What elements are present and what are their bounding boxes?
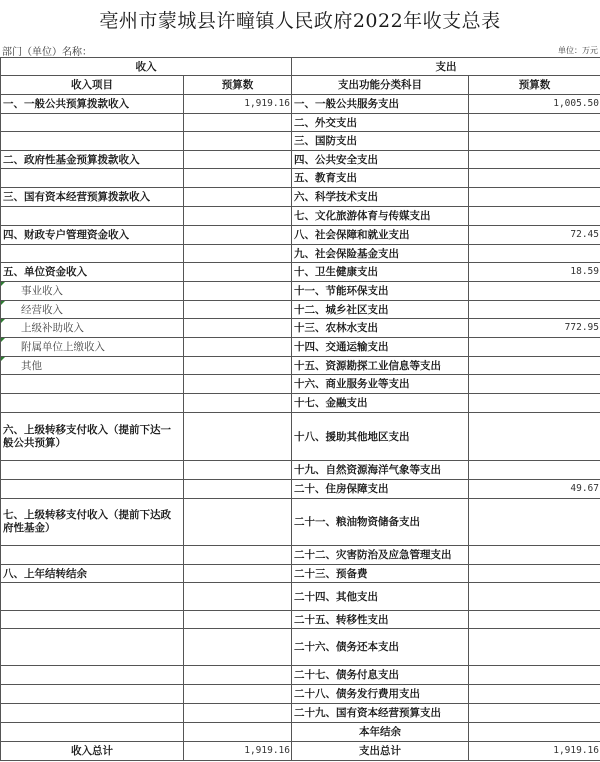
expense-value: [469, 338, 600, 357]
expense-item: 二十八、债务发行费用支出: [292, 685, 469, 704]
expense-item: 二十六、债务还本支出: [292, 629, 469, 666]
income-item: 一、一般公共预算拨款收入: [1, 95, 184, 114]
expense-budget-header: 预算数: [469, 76, 600, 95]
total-row: 收入总计 1,919.16 支出总计 1,919.16: [1, 742, 600, 761]
expense-total-value: 1,919.16: [469, 742, 600, 761]
table-row: 五、单位资金收入 十、卫生健康支出 18.59: [1, 263, 600, 282]
table-row: 上级补助收入 十三、农林水支出 772.95: [1, 319, 600, 338]
income-item: [1, 704, 184, 723]
income-item: [1, 461, 184, 480]
department-label: 部门（单位）名称：: [2, 43, 92, 58]
expense-value: [469, 704, 600, 723]
expense-item: 十、卫生健康支出: [292, 263, 469, 282]
income-value: [184, 319, 292, 338]
income-item: [1, 546, 184, 565]
income-item: [1, 666, 184, 685]
income-item: 六、上级转移支付收入（提前下达一般公共预算）: [1, 413, 184, 461]
income-value: [184, 114, 292, 132]
year-balance-label: 本年结余: [292, 723, 469, 742]
table-row: 二十、住房保障支出 49.67: [1, 480, 600, 499]
expense-item: 二十三、预备费: [292, 565, 469, 583]
expense-value: [469, 629, 600, 666]
income-item: [1, 207, 184, 226]
income-subitem: 附属单位上缴收入: [1, 338, 184, 357]
table-row: 二、政府性基金预算拨款收入 四、公共安全支出: [1, 151, 600, 169]
income-value: [184, 375, 292, 394]
expense-item: 二、外交支出: [292, 114, 469, 132]
income-value: [184, 226, 292, 245]
expense-value: [469, 245, 600, 263]
income-value: [184, 413, 292, 461]
expense-value: [469, 301, 600, 319]
table-row: 三、国有资本经营预算拨款收入 六、科学技术支出: [1, 188, 600, 207]
header-row-2: 收入项目 预算数 支出功能分类科目 预算数: [1, 76, 600, 95]
income-subitem: 其他: [1, 357, 184, 375]
income-item: 五、单位资金收入: [1, 263, 184, 282]
table-row: 二十四、其他支出: [1, 583, 600, 611]
expense-item: 四、公共安全支出: [292, 151, 469, 169]
expense-item: 七、文化旅游体育与传媒支出: [292, 207, 469, 226]
income-value: [184, 565, 292, 583]
expense-value: [469, 132, 600, 151]
income-item: [1, 723, 184, 742]
expense-item: 二十一、粮油物资储备支出: [292, 499, 469, 546]
table-row: 二十七、债务付息支出: [1, 666, 600, 685]
table-row: 一、一般公共预算拨款收入 1,919.16 一、一般公共服务支出 1,005.5…: [1, 95, 600, 114]
expense-value: [469, 666, 600, 685]
expense-item: 十三、农林水支出: [292, 319, 469, 338]
income-item: [1, 169, 184, 188]
expense-value: [469, 169, 600, 188]
income-item: [1, 375, 184, 394]
income-value: [184, 629, 292, 666]
expense-total-label: 支出总计: [292, 742, 469, 761]
expense-item: 十八、援助其他地区支出: [292, 413, 469, 461]
table-row: 七、文化旅游体育与传媒支出: [1, 207, 600, 226]
income-value: [184, 301, 292, 319]
table-row: 十九、自然资源海洋气象等支出: [1, 461, 600, 480]
income-value: [184, 480, 292, 499]
income-item: 八、上年结转结余: [1, 565, 184, 583]
expense-value: 72.45: [469, 226, 600, 245]
expense-item: 二十二、灾害防治及应急管理支出: [292, 546, 469, 565]
table-row: 五、教育支出: [1, 169, 600, 188]
income-item: [1, 114, 184, 132]
income-value: [184, 169, 292, 188]
table-row: 三、国防支出: [1, 132, 600, 151]
income-value: [184, 546, 292, 565]
income-item: [1, 480, 184, 499]
expense-value: 1,005.50: [469, 95, 600, 114]
expense-item: 六、科学技术支出: [292, 188, 469, 207]
income-value: [184, 338, 292, 357]
table-row: 二十六、债务还本支出: [1, 629, 600, 666]
expense-header: 支出: [292, 58, 600, 76]
expense-value: [469, 375, 600, 394]
income-item: 四、财政专户管理资金收入: [1, 226, 184, 245]
income-budget-header: 预算数: [184, 76, 292, 95]
income-value: [184, 263, 292, 282]
income-item: [1, 685, 184, 704]
table-row: 八、上年结转结余 二十三、预备费: [1, 565, 600, 583]
table-row: 六、上级转移支付收入（提前下达一般公共预算） 十八、援助其他地区支出: [1, 413, 600, 461]
income-value: [184, 394, 292, 413]
table-row: 二十九、国有资本经营预算支出: [1, 704, 600, 723]
income-item: 三、国有资本经营预算拨款收入: [1, 188, 184, 207]
income-item: [1, 394, 184, 413]
expense-item-header: 支出功能分类科目: [292, 76, 469, 95]
expense-value: [469, 357, 600, 375]
expense-value: 49.67: [469, 480, 600, 499]
expense-item: 二十五、转移性支出: [292, 611, 469, 629]
expense-item: 十七、金融支出: [292, 394, 469, 413]
income-value: [184, 132, 292, 151]
expense-item: 一、一般公共服务支出: [292, 95, 469, 114]
income-value: [184, 245, 292, 263]
income-total-value: 1,919.16: [184, 742, 292, 761]
income-item-header: 收入项目: [1, 76, 184, 95]
expense-value: [469, 207, 600, 226]
income-value: [184, 611, 292, 629]
table-row: 二十八、债务发行费用支出: [1, 685, 600, 704]
expense-item: 十二、城乡社区支出: [292, 301, 469, 319]
unit-label: 单位：万元: [558, 45, 598, 56]
expense-item: 十一、节能环保支出: [292, 282, 469, 301]
income-value: [184, 357, 292, 375]
income-item: [1, 245, 184, 263]
expense-item: 二十九、国有资本经营预算支出: [292, 704, 469, 723]
income-value: [184, 188, 292, 207]
income-header: 收入: [1, 58, 292, 76]
expense-item: 二十七、债务付息支出: [292, 666, 469, 685]
table-row: 九、社会保险基金支出: [1, 245, 600, 263]
income-value: [184, 461, 292, 480]
expense-value: [469, 461, 600, 480]
expense-value: [469, 188, 600, 207]
expense-value: [469, 583, 600, 611]
income-value: [184, 499, 292, 546]
table-row: 经营收入 十二、城乡社区支出: [1, 301, 600, 319]
expense-item: 二十四、其他支出: [292, 583, 469, 611]
expense-value: 772.95: [469, 319, 600, 338]
expense-value: [469, 282, 600, 301]
expense-item: 八、社会保障和就业支出: [292, 226, 469, 245]
expense-value: 18.59: [469, 263, 600, 282]
header-row-1: 收入 支出: [1, 58, 600, 76]
income-value: [184, 207, 292, 226]
income-value: [184, 704, 292, 723]
income-value: [184, 151, 292, 169]
expense-value: [469, 685, 600, 704]
income-value: [184, 723, 292, 742]
income-subitem: 上级补助收入: [1, 319, 184, 338]
table-row: 七、上级转移支付收入（提前下达政府性基金） 二十一、粮油物资储备支出: [1, 499, 600, 546]
income-item: [1, 132, 184, 151]
expense-value: [469, 611, 600, 629]
income-item: [1, 583, 184, 611]
income-item: [1, 611, 184, 629]
table-row: 附属单位上缴收入 十四、交通运输支出: [1, 338, 600, 357]
expense-value: [469, 114, 600, 132]
income-total-label: 收入总计: [1, 742, 184, 761]
income-item: 七、上级转移支付收入（提前下达政府性基金）: [1, 499, 184, 546]
income-value: 1,919.16: [184, 95, 292, 114]
income-subitem: 事业收入: [1, 282, 184, 301]
expense-item: 二十、住房保障支出: [292, 480, 469, 499]
expense-value: [469, 151, 600, 169]
expense-item: 十九、自然资源海洋气象等支出: [292, 461, 469, 480]
table-row: 其他 十五、资源勘探工业信息等支出: [1, 357, 600, 375]
income-subitem: 经营收入: [1, 301, 184, 319]
income-value: [184, 685, 292, 704]
expense-value: [469, 394, 600, 413]
budget-summary-table: 收入 支出 收入项目 预算数 支出功能分类科目 预算数 一、一般公共预算拨款收入…: [0, 57, 600, 761]
income-value: [184, 666, 292, 685]
income-item: 二、政府性基金预算拨款收入: [1, 151, 184, 169]
expense-item: 九、社会保险基金支出: [292, 245, 469, 263]
expense-value: [469, 413, 600, 461]
expense-item: 十六、商业服务业等支出: [292, 375, 469, 394]
expense-value: [469, 565, 600, 583]
income-value: [184, 583, 292, 611]
expense-value: [469, 499, 600, 546]
income-item: [1, 629, 184, 666]
table-row: 二十五、转移性支出: [1, 611, 600, 629]
expense-item: 五、教育支出: [292, 169, 469, 188]
table-row: 十六、商业服务业等支出: [1, 375, 600, 394]
table-row: 二十二、灾害防治及应急管理支出: [1, 546, 600, 565]
table-row: 二、外交支出: [1, 114, 600, 132]
expense-item: 十四、交通运输支出: [292, 338, 469, 357]
expense-value: [469, 546, 600, 565]
year-balance-value: [469, 723, 600, 742]
table-row: 十七、金融支出: [1, 394, 600, 413]
table-row: 四、财政专户管理资金收入 八、社会保障和就业支出 72.45: [1, 226, 600, 245]
page-title: 亳州市蒙城县许疃镇人民政府2022年收支总表: [0, 6, 600, 33]
table-row: 事业收入 十一、节能环保支出: [1, 282, 600, 301]
expense-item: 十五、资源勘探工业信息等支出: [292, 357, 469, 375]
expense-item: 三、国防支出: [292, 132, 469, 151]
income-value: [184, 282, 292, 301]
year-balance-row: 本年结余: [1, 723, 600, 742]
